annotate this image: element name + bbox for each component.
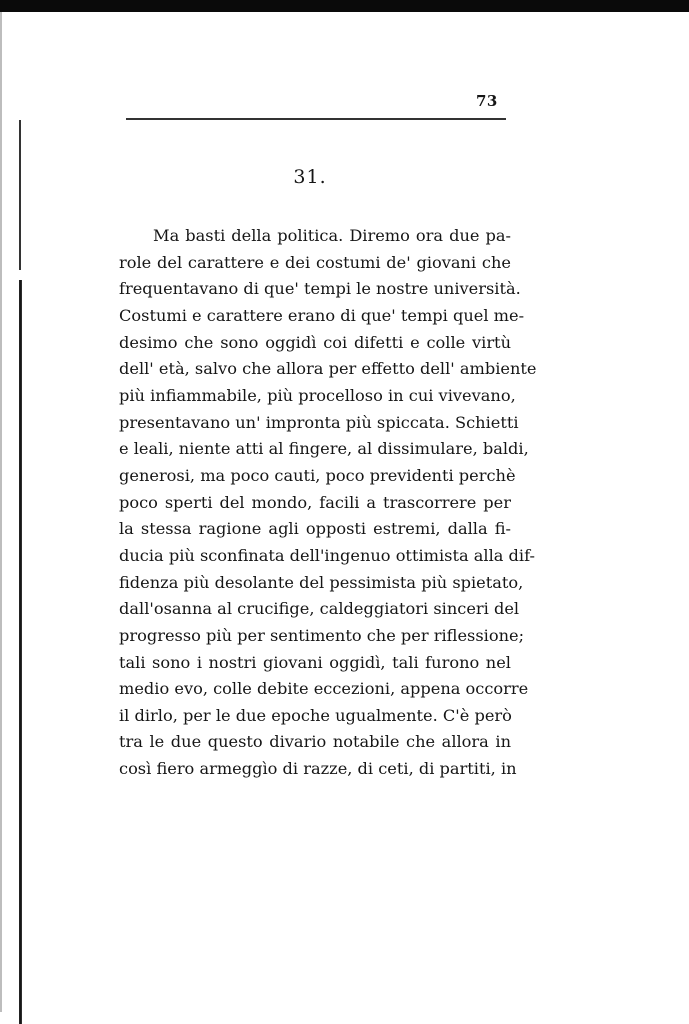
text-line: tra le due questo divario notabile che a… [119,729,511,756]
text-line: presentavano un' impronta più spiccata. … [119,410,511,437]
text-line: ducia più sconfinata dell'ingenuo ottimi… [119,543,511,570]
text-line: Costumi e carattere erano di que' tempi … [119,303,511,330]
binding-line-upper [19,120,21,270]
section-number: 31. [0,166,620,188]
text-line: così fiero armeggìo di razze, di ceti, d… [119,756,511,783]
text-line: tali sono i nostri giovani oggidì, tali … [119,650,511,677]
text-line: la stessa ragione agli opposti estremi, … [119,516,511,543]
text-line: poco sperti del mondo, facili a trascorr… [119,490,511,517]
binding-line-lower [19,280,22,1024]
text-line: medio evo, colle debite eccezioni, appen… [119,676,511,703]
text-line: dall'osanna al crucifige, caldeggiatori … [119,596,511,623]
text-line: role del carattere e dei costumi de' gio… [119,250,511,277]
text-line: progresso più per sentimento che per rif… [119,623,511,650]
page-number: 73 [476,92,498,110]
header-rule [126,118,506,120]
text-line: desimo che sono oggidì coi difetti e col… [119,330,511,357]
text-line: fidenza più desolante del pessimista più… [119,570,511,597]
text-line: più infiammabile, più procelloso in cui … [119,383,511,410]
text-line: e leali, niente atti al fingere, al diss… [119,436,511,463]
body-paragraph: Ma basti della politica. Diremo ora due … [119,223,511,783]
text-line: dell' età, salvo che allora per effetto … [119,356,511,383]
scan-left-edge [0,12,2,1012]
text-line: frequentavano di que' tempi le nostre un… [119,276,511,303]
scan-top-border [0,0,689,12]
text-line: il dirlo, per le due epoche ugualmente. … [119,703,511,730]
text-line: Ma basti della politica. Diremo ora due … [119,223,511,250]
text-line: generosi, ma poco cauti, poco previdenti… [119,463,511,490]
